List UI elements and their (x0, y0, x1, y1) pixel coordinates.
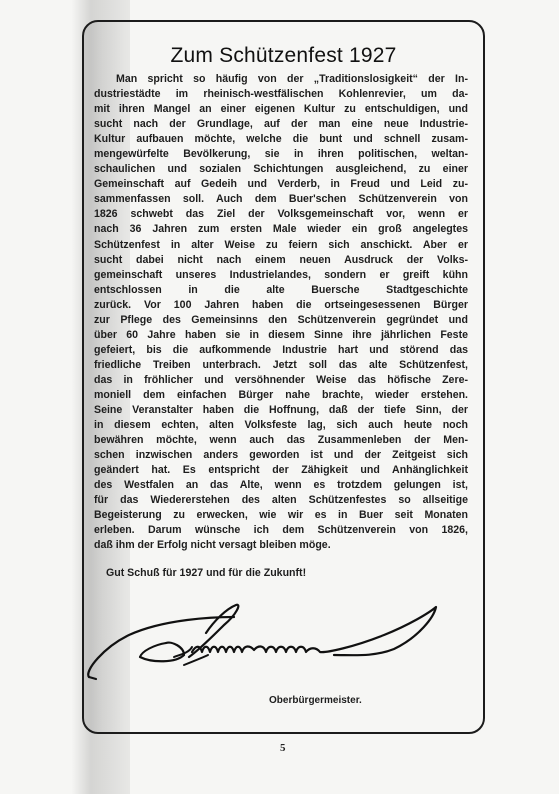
text-line: in diesem echten, alten Volksfeste lag, … (94, 418, 468, 433)
page-number: 5 (280, 742, 286, 754)
text-line: Schützenfest in alter Weise zu feiern si… (94, 238, 468, 253)
text-line: Kultur aufbauen möchte, welche die bunt … (94, 132, 468, 147)
text-line: friedliche Treiben unterbrach. Jetzt sol… (94, 358, 468, 373)
text-line: das in fröhlicher und versöhnender Weise… (94, 373, 468, 388)
text-line: bewähren möchte, wenn auch das Zusammenl… (94, 433, 468, 448)
text-line: für das Wiedererstehen des alten Schütze… (94, 493, 468, 508)
text-line: zurück. Vor 100 Jahren haben die ortsein… (94, 298, 468, 313)
text-line: sammenfassen soll. Auch dem Buer'schen S… (94, 192, 468, 207)
text-line: zur Pflege des Gemeinsinns den Schützenv… (94, 313, 468, 328)
text-line: Man spricht so häufig von der „Tradition… (94, 72, 468, 87)
text-line: Gemeinschaft auf Gedeih und Verderb, in … (94, 177, 468, 192)
text-line: mit ihren Mangel an einer eigenen Kultur… (94, 102, 468, 117)
text-line: geändert hat. Es entspricht der Zähigkei… (94, 463, 468, 478)
signature-title: Oberbürgermeister. (269, 695, 362, 706)
text-line: erleben. Darum wünsche ich dem Schützenv… (94, 523, 468, 538)
text-line: entschlossen in die alte Buersche Stadtg… (94, 283, 468, 298)
text-line: schaulichen und sozialen Schichtungen au… (94, 162, 468, 177)
text-line: des Westfalen an das Alte, wenn es trotz… (94, 478, 468, 493)
page-title: Zum Schützenfest 1927 (84, 44, 483, 68)
text-line: schen inzwischen anders geworden ist und… (94, 448, 468, 463)
text-line: über 60 Jahre haben sie in diesem Sinne … (94, 328, 468, 343)
text-line: 1826 schwebt das Ziel der Volksgemeinsch… (94, 207, 468, 222)
text-line: Begeisterung zu erwecken, wie wir es in … (94, 508, 468, 523)
closing-greeting: Gut Schuß für 1927 und für die Zukunft! (106, 567, 306, 579)
text-line: gefeiert, bis die aufkommende Industrie … (94, 343, 468, 358)
text-line: dustriestädte im rheinisch-westfälischen… (94, 87, 468, 102)
text-line: gemeinschaft unseres Industrielandes, so… (94, 268, 468, 283)
text-line: mengewürfelte Bevölkerung, sie in ihren … (94, 147, 468, 162)
article-body: Man spricht so häufig von der „Tradition… (94, 72, 468, 554)
page-frame: Zum Schützenfest 1927 Man spricht so häu… (82, 20, 485, 734)
text-line: nach 36 Jahren zum ersten Male wieder ei… (94, 222, 468, 237)
text-line: daß ihm der Erfolg nicht versagt bleiben… (94, 538, 468, 553)
text-line: Seine Veranstalter haben die Hoffnung, d… (94, 403, 468, 418)
text-line: sucht dabei nicht nach einem neuen Ausdr… (94, 253, 468, 268)
text-line: sucht nach der Grundlage, auf der man ei… (94, 117, 468, 132)
text-line: moniell dem einfachen Bürger nahe bracht… (94, 388, 468, 403)
